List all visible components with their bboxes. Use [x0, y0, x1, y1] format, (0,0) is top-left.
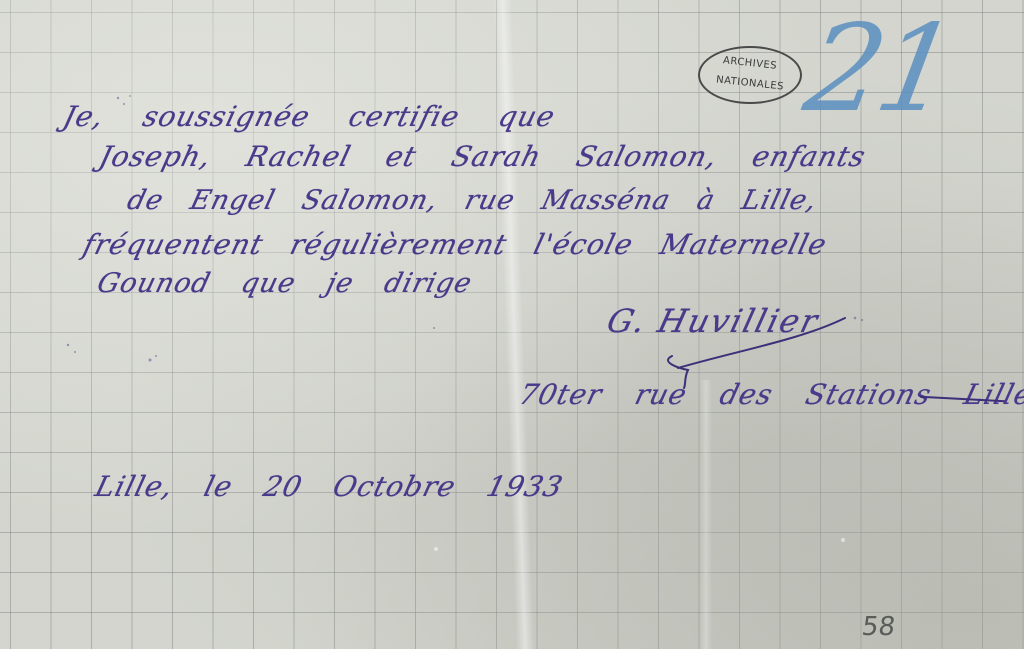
body-line-5: Gounod que je dirige [94, 268, 475, 299]
body-line-2: Joseph, Rachel et Sarah Salomon, enfants [96, 140, 869, 173]
date-line: Lille, le 20 Octobre 1933 [92, 470, 567, 503]
paper-fold [494, 0, 535, 649]
stamp-line-2: NATIONALES [700, 73, 801, 94]
pencil-page-number: 58 [860, 612, 897, 642]
body-line-1: Je, soussignée certifie que [60, 100, 559, 133]
paper-fold [700, 380, 712, 649]
folio-number: 21 [797, 10, 959, 130]
archives-nationales-stamp: ARCHIVES NATIONALES [698, 46, 802, 104]
body-line-4: fréquentent régulièrement l'école Matern… [80, 228, 831, 261]
address-line: 70ter rue des Stations Lille [516, 378, 1024, 411]
stamp-line-1: ARCHIVES [700, 53, 801, 74]
document-page: ARCHIVES NATIONALES 21 Je, soussignée ce… [0, 0, 1024, 649]
body-line-3: de Engel Salomon, rue Masséna à Lille, [124, 185, 820, 216]
